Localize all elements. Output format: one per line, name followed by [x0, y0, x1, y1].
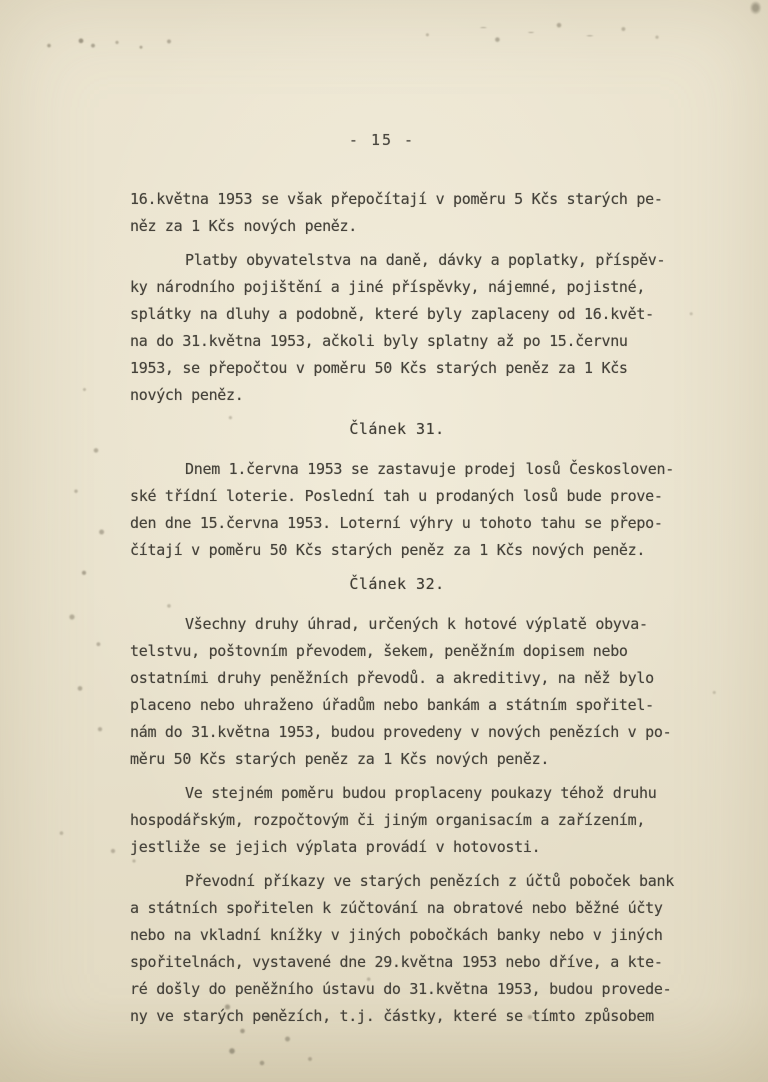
text-line: Všechny druhy úhrad, určených k hotové v… — [130, 611, 710, 638]
paragraph: Ve stejném poměru budou proplaceny pouka… — [130, 780, 710, 861]
text-line: ky národního pojištění a jiné příspěvky,… — [130, 274, 710, 301]
text-line: jestliže se jejich výplata provádí v hot… — [130, 834, 710, 861]
text-line: ské třídní loterie. Poslední tah u proda… — [130, 483, 710, 510]
paragraph: Platby obyvatelstva na daně, dávky a pop… — [130, 247, 710, 409]
text-line: Platby obyvatelstva na daně, dávky a pop… — [130, 247, 710, 274]
paragraph: Dnem 1.června 1953 se zastavuje prodej l… — [130, 456, 710, 564]
text-line: telstvu, poštovním převodem, šekem, peně… — [130, 638, 710, 665]
paper-sheet: - 15 - 16.května 1953 se však přepočítaj… — [0, 0, 768, 1082]
paragraph: 16.května 1953 se však přepočítají v pom… — [130, 186, 710, 240]
text-line: Dnem 1.června 1953 se zastavuje prodej l… — [130, 456, 710, 483]
text-line: na do 31.května 1953, ačkoli byly splatn… — [130, 328, 710, 355]
article-heading: Článek 31. — [107, 416, 687, 443]
text-line: měru 50 Kčs starých peněz za 1 Kčs novýc… — [130, 746, 710, 773]
text-line: ny ve starých penězích, t.j. částky, kte… — [130, 1003, 710, 1030]
scan-smudge-top-right — [405, 6, 685, 54]
text-line: 1953, se přepočtou v poměru 50 Kčs starý… — [130, 355, 710, 382]
text-line: Převodní příkazy ve starých penězích z ú… — [130, 868, 710, 895]
text-line: placeno nebo uhraženo úřadům nebo bankám… — [130, 692, 710, 719]
document-body: 16.května 1953 se však přepočítají v pom… — [130, 186, 710, 1037]
scan-smudge-top-left — [25, 28, 225, 60]
text-line: hospodářským, rozpočtovým či jiným organ… — [130, 807, 710, 834]
paragraph: Převodní příkazy ve starých penězích z ú… — [130, 868, 710, 1030]
text-line: Ve stejném poměru budou proplaceny pouka… — [130, 780, 710, 807]
text-line: spořitelnách, vystavené dne 29.května 19… — [130, 949, 710, 976]
scan-smudge-left-margin — [52, 430, 132, 770]
text-line: ostatními druhy peněžních převodů. a akr… — [130, 665, 710, 692]
text-line: den dne 15.června 1953. Loterní výhry u … — [130, 510, 710, 537]
text-line: splátky na dluhy a podobně, které byly z… — [130, 301, 710, 328]
text-line: ré došly do peněžního ústavu do 31.květn… — [130, 976, 710, 1003]
text-line: nebo na vkladní knížky v jiných pobočkác… — [130, 922, 710, 949]
text-line: 16.května 1953 se však přepočítají v pom… — [130, 186, 710, 213]
text-line: čítají v poměru 50 Kčs starých peněz za … — [130, 537, 710, 564]
page-number: - 15 - — [0, 131, 766, 149]
text-line: nových peněz. — [130, 382, 710, 409]
paragraph: Všechny druhy úhrad, určených k hotové v… — [130, 611, 710, 773]
article-heading: Článek 32. — [107, 571, 687, 598]
text-line: a státních spořitelen k zúčtování na obr… — [130, 895, 710, 922]
text-line: něz za 1 Kčs nových peněz. — [130, 213, 710, 240]
scanned-document-screenshot: { "colors": { "paper": "#e9e2cd", "ink":… — [0, 0, 768, 1082]
scan-smudge-corner — [740, 0, 766, 26]
text-line: nám do 31.května 1953, budou provedeny v… — [130, 719, 710, 746]
